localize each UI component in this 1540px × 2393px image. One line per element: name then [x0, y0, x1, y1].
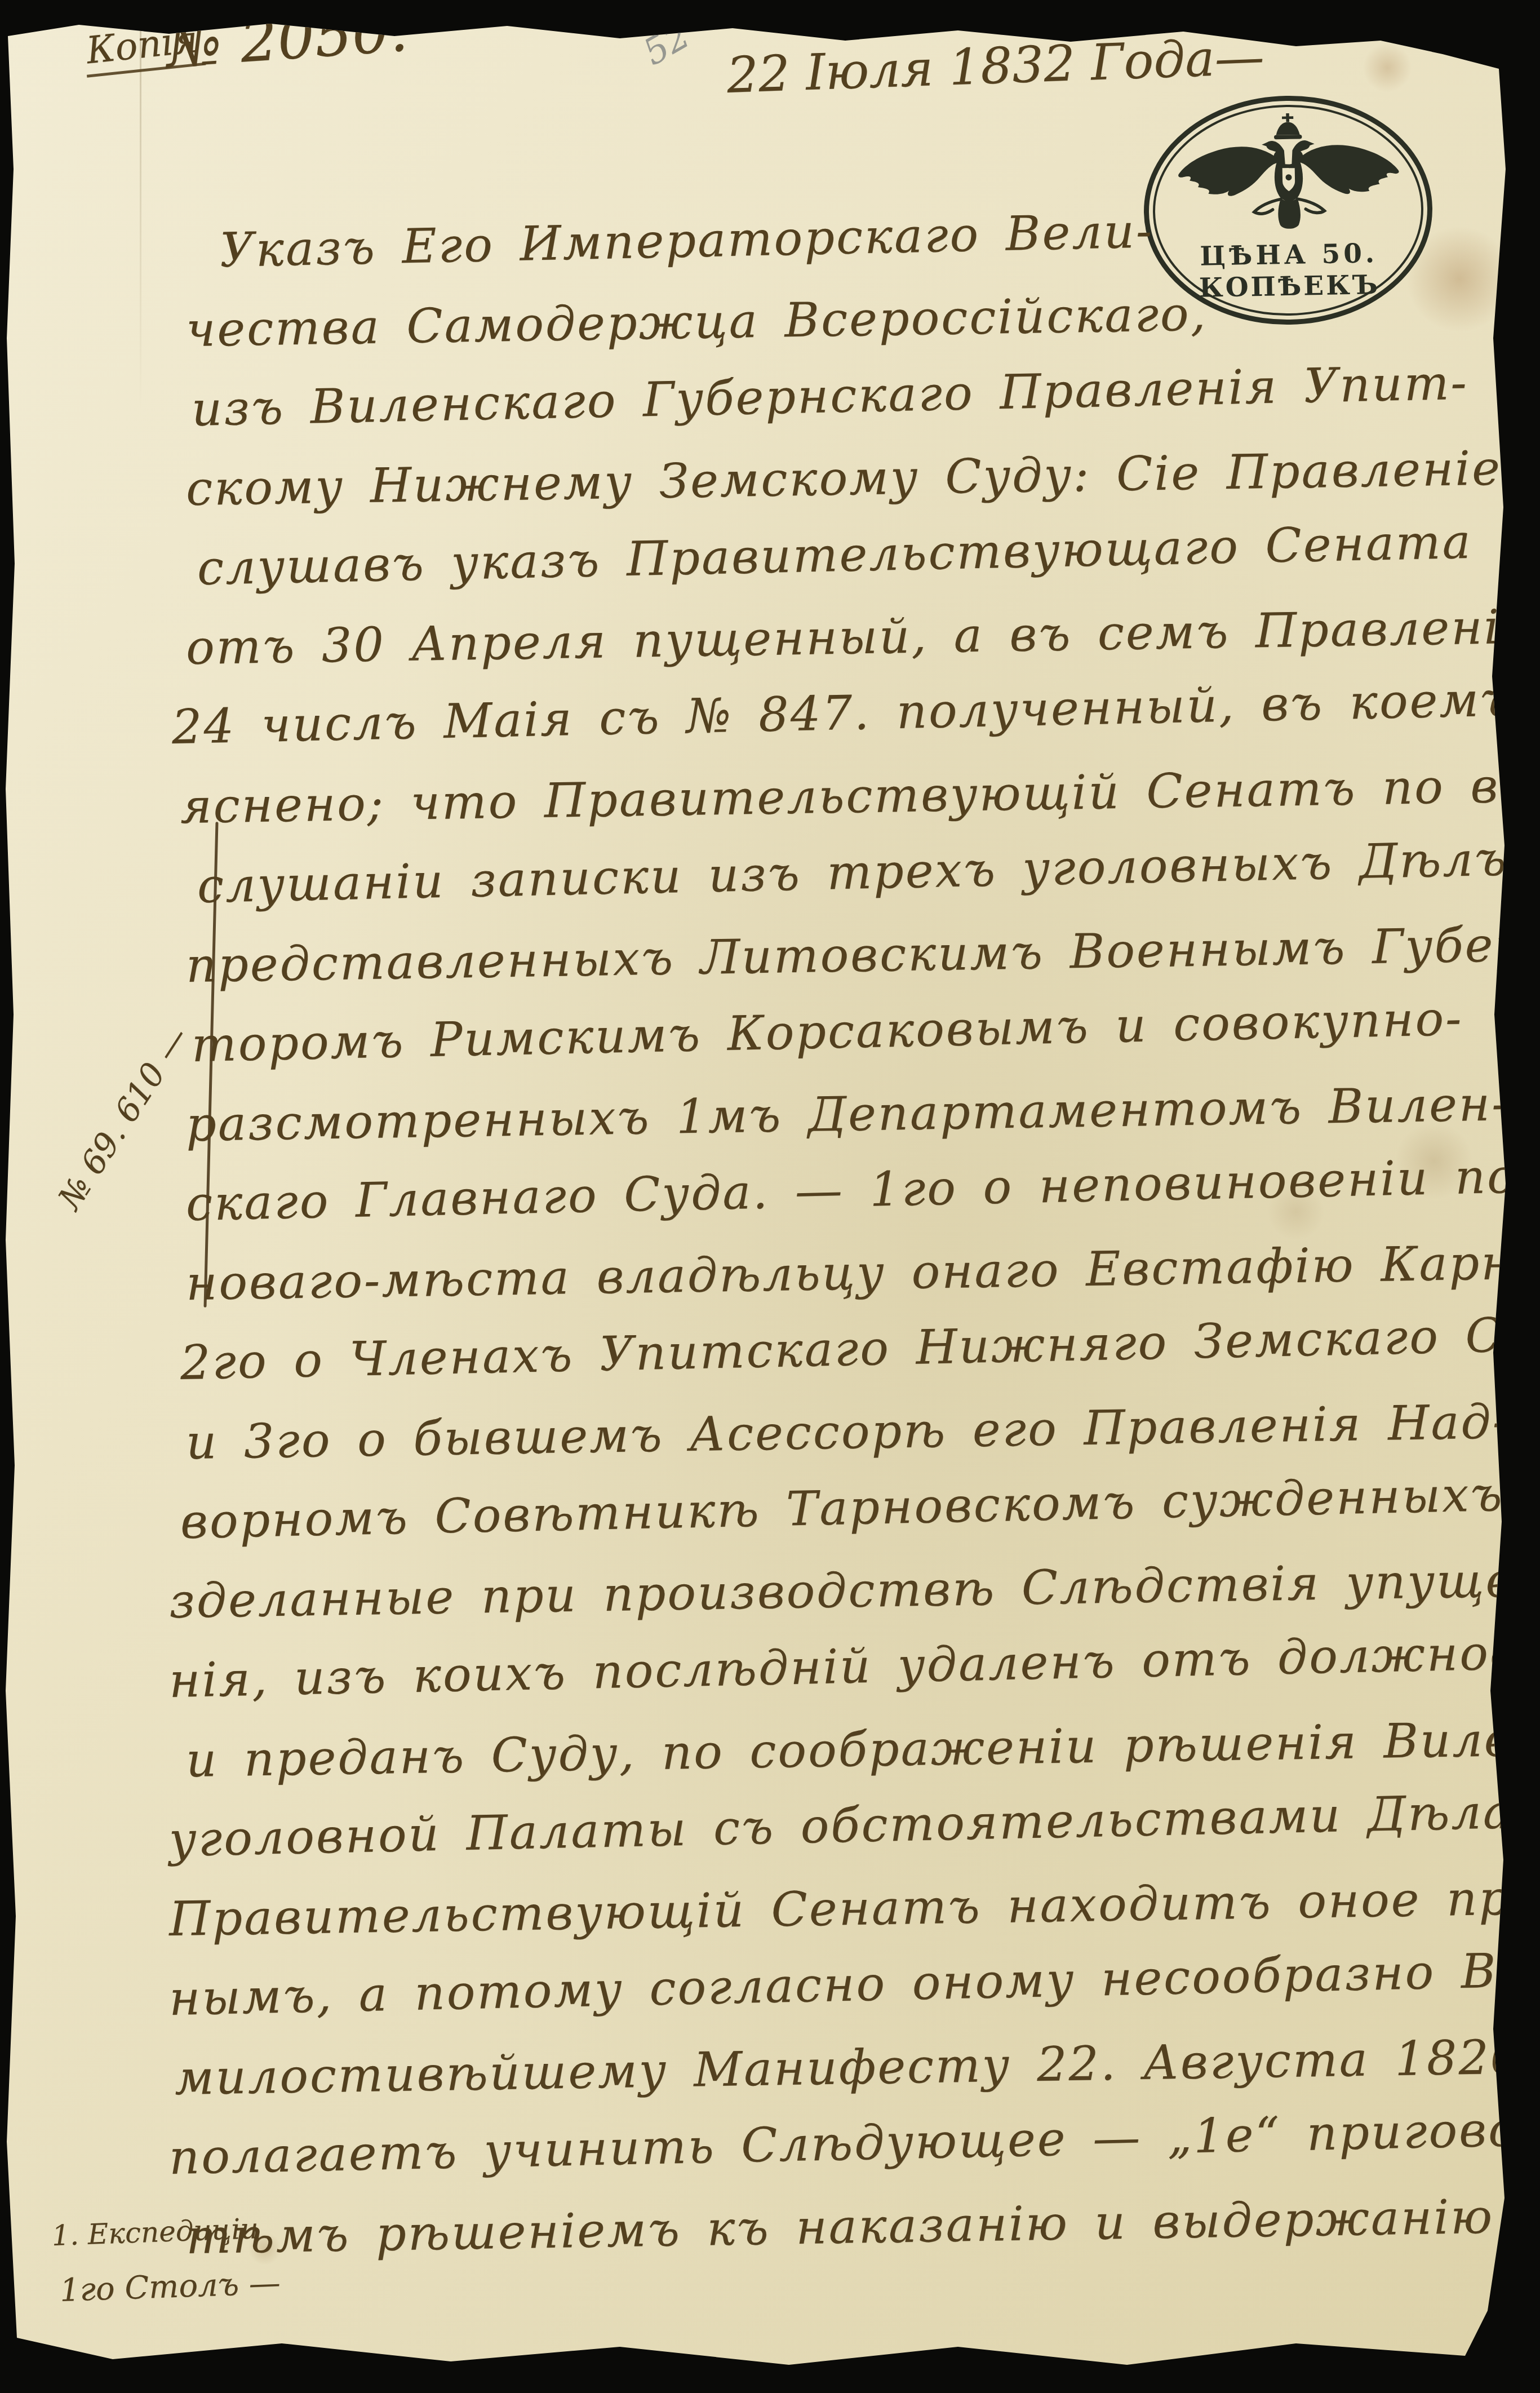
body-line: чества Самодержца Всероссійскаго, [185, 286, 1208, 357]
paper-crease [140, 28, 141, 411]
body-line: разсмотренныхъ 1мъ Департаментомъ Вилен- [185, 1076, 1510, 1152]
body-line: полагаетъ учинить Слѣдующее — „1е“ приго… [168, 2097, 1540, 2185]
body-line: отъ 30 Апреля пущенный, а въ семъ Правле… [185, 599, 1533, 675]
pencil-page-number: 1 [1433, 20, 1464, 65]
body-line: скаго Главнаго Суда. — 1го о неповиновен… [185, 1145, 1540, 1231]
pencil-archive-note: 52 [637, 15, 698, 74]
body-line: милостивѣйшему Манифесту 22. Августа 182… [174, 2027, 1540, 2106]
desk-note: 1го Столъ — [59, 2265, 281, 2309]
body-line: торомъ Римскимъ Корсаковымъ и совокупно- [191, 991, 1463, 1073]
stamp-price-line1: ЦѢНА 50. [1150, 237, 1436, 273]
body-line: скому Нижнему Земскому Суду: Сіе Правлен… [185, 440, 1502, 516]
imperial-eagle-icon [1172, 111, 1405, 239]
body-line: 2го о Членахъ Упитскаго Нижняго Земскаго… [180, 1305, 1540, 1390]
body-line: новаго-мѣста владѣльцу онаго Евстафію Ка… [185, 1234, 1540, 1311]
body-line: слушаніи записки изъ трехъ уголовныхъ Дѣ… [197, 831, 1508, 914]
body-line: и 3го о бывшемъ Асессорѣ его Правленія Н… [185, 1394, 1510, 1470]
document-date: 22 Іюля 1832 Года— [726, 28, 1265, 104]
body-line: ворномъ Совѣтникѣ Тарновскомъ сужденныхъ… [180, 1465, 1540, 1549]
body-line: слушавъ указъ Правительствующаго Сената [197, 514, 1472, 596]
body-line: представленныхъ Литовскимъ Военнымъ Губе… [185, 915, 1540, 993]
manuscript-page: Копія № 2050. 52 22 Іюля 1832 Года— 1 [0, 0, 1540, 2393]
body-line: изъ Виленскаго Губернскаго Правленія Упи… [191, 355, 1469, 437]
body-line: и преданъ Суду, по соображеніи рѣшенія В… [185, 1709, 1540, 1788]
body-line: яснено; что Правительствующій Сенатъ по … [180, 757, 1540, 834]
body-line: уголовной Палаты съ обстоятельствами Дѣл… [168, 1781, 1540, 1867]
body-line: 24 числъ Маія съ № 847. полученный, въ к… [171, 668, 1540, 755]
margin-note: № 69. 610 — [50, 1020, 196, 1216]
archive-scan: { "document": { "copy_label": "Копія", "… [0, 0, 1540, 2393]
body-line: нымъ, а потому согласно оному несообразн… [168, 1942, 1540, 2026]
body-line: зделанные при производствѣ Слѣдствія упу… [168, 1552, 1533, 1629]
body-line: тѣмъ рѣшеніемъ къ наказанію и выдержанію… [185, 2186, 1540, 2265]
body-line: нія, изъ коихъ послѣдній удаленъ отъ дол… [168, 1623, 1540, 1708]
body-line: Указъ Его Императорскаго Вели- [219, 203, 1154, 278]
document-number: № 2050. [164, 0, 410, 81]
body-line: Правительствующій Сенатъ находитъ оное п… [168, 1868, 1540, 1947]
